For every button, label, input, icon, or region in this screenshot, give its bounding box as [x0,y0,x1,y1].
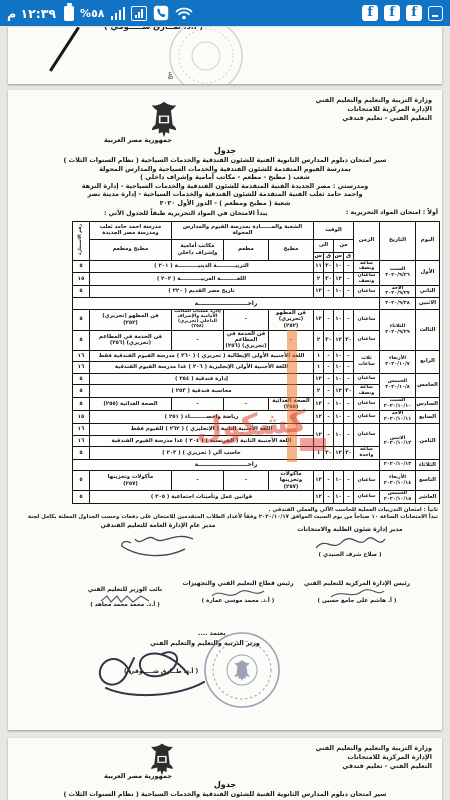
date-cell: ٢٠٢٠/٩/٢٨ [380,298,416,310]
col-day: اليوم [416,221,440,260]
subject-cell: مأكولات وتخزينها (٢٥٧) [268,471,313,491]
time-cell: ١٢ [314,471,324,491]
time-cell: ٢ [314,273,324,286]
ministry-line: التعليم الفني - تعليم فندقي [316,114,433,123]
time-cell: - [171,397,223,411]
time-cell: ١٢ [314,491,324,504]
day-cell: التاسع [416,471,440,491]
time-cell: - [344,350,354,362]
time-cell: - [324,350,334,362]
count-cell: ١٦ [72,424,89,436]
date-cell: الثلاثاء ٢٠٢٠/٩/٢٩ [380,309,416,350]
col-front-offices: مكاتب أمامية وإشراف داخلي [171,239,223,260]
signer-title: نائب الوزير للتعليم الفني [60,586,190,593]
table-row: ٥تاريخ مصر القديم ( ٢٢٠ )١٢-١٠-ساعتانالأ… [72,285,439,298]
time-cell: - [324,397,334,411]
time-cell: - [344,260,354,273]
time-cell: ١٢ [334,385,344,398]
subject-cell: قوانين عمل وتأمينات اجتماعية ( ٢٠٥ ) [89,491,313,504]
time-cell: ١٠ [334,491,344,504]
time-cell: ١١ [314,260,324,273]
ministry-header: وزارة التربية والتعليم والتعليم الفني ال… [316,96,433,123]
time-cell: - [324,285,334,298]
col-taaleb-school: مدرسة احمد حامد ثعلب ومدرسة مصر الجديدة [89,221,171,239]
approval-block: يعتمد .... وزير التربية والتعليم والتعلي… [8,628,442,714]
watermark-box [300,438,326,451]
date-cell: الأحد ٢٠٢٠/٩/٢٧ [380,285,416,298]
duration-cell: ساعة ونصف [354,385,380,398]
pen-stroke [49,27,79,71]
count-cell: ٥ [72,397,89,411]
page1-header: وزارة التربية والتعليم والتعليم الفني ال… [8,90,442,146]
table-row: راحــــــــــــــــــــــــة٢٠٢٠/١٠/١٣ال… [72,459,439,471]
subject-cell: اللغة الأجنبية الأولى الإيطالية ( تحريري… [89,350,313,362]
previous-page-fragment[interactable]: ( أ.د. طــارق شـــــوقي ) ؏ [8,27,442,84]
ministry-line: الإدارة المركزية للامتحانات [316,753,433,762]
duration-cell: ساعتان [354,285,380,298]
ministry-header: وزارة التربية والتعليم والتعليم الفني ال… [316,744,433,771]
time-cell: - [223,309,268,330]
time-cell: ١٠ [334,397,344,411]
page2-header: وزارة التربية والتعليم والتعليم الفني ال… [8,738,442,780]
time-cell: ١٠ [334,362,344,374]
day-cell: الثالث [416,309,440,350]
signer-title: مدير إدارة شئون الطلبة والامتحانات [270,526,430,533]
subject-cell: مأكولات وتخزينها (٢٥٧) [89,471,171,491]
time-cell: - [171,471,223,491]
col-kitchen-restaurant: مطبخ ومطعم [89,239,171,260]
subject-cell: فن الخدمة في المطاعم (تحريري) (٢٥٦) [89,330,171,350]
duration-cell: ساعتان [354,397,380,411]
time-cell: ١٠ [334,260,344,273]
subject-cell: الصحة الغذائية (٢٥٥) [89,397,171,411]
header-line: شعب ( مطبخ - مطعم - مكاتب أمامية وإشراف … [8,173,442,182]
battery-icon [64,6,74,21]
col-restaurant: مطعم [223,239,268,260]
count-cell: ٥ [72,491,89,504]
time-cell: ١٢ [334,330,344,350]
time-cell: ٢ [314,330,324,350]
duration-cell: ساعة واحدة [354,447,380,460]
table-row: ١٦اللغة الأجنبية الأولى الإيطالية ( تحري… [72,350,439,362]
table-row: راحــــــــــــــــــــــــة٢٠٢٠/٩/٢٨الا… [72,298,439,310]
facebook-icon: f [384,5,400,21]
time-cell: - [344,411,354,424]
official-stamp-faint [160,27,252,84]
time-cell: - [171,330,223,350]
subject-cell: حاسب آلي ( تحريري ) ( ٢٠٣ ) [89,447,313,460]
battery-percent: ٥٨% [80,7,104,20]
time-cell: - [344,309,354,330]
time-cell: ١٢ [314,411,324,424]
date-cell: الخميس ٢٠٢٠/١٠/٨ [380,373,416,397]
date-cell: ٢٠٢٠/١٠/١٣ [380,459,416,471]
header-line: ومدرستي : مصر الجديدة الفنية المتقدمة لل… [8,182,442,191]
ministry-line: التعليم الفني - تعليم فندقي [316,762,433,771]
date-cell: السبت ٢٠٢٠/١٠/١٠ [380,397,416,411]
header-cell: س [314,252,324,260]
count-cell: ١٦ [72,362,89,374]
col-duration: الزمن [354,221,380,260]
col-to: الى [314,239,334,252]
time-cell: ٣٠ [344,447,354,460]
col-form-number: رقم الاستمارة [72,221,89,260]
time-cell: ١٢ [314,397,324,411]
subject-cell: فن المطهو (تحريري) (٢٥٢) [89,309,171,330]
mobile-data-icon [131,6,147,21]
date-cell: الأربعاء ٢٠٢٠/١٠/٧ [380,350,416,373]
time-cell: - [223,471,268,491]
deputy-minister-signature: نائب الوزير للتعليم الفني ( أ.د. محمد مح… [60,586,190,608]
time-cell: ١ [314,362,324,374]
time-cell: ٣٠ [324,260,334,273]
phone-icon [153,5,169,21]
count-cell: ٥ [72,385,89,398]
date-cell: السبت ٢٠٢٠/٩/٢٦ [380,260,416,285]
subject-cell: إدارة عمليات المكاتب الأمامية والإشراف ا… [171,309,223,330]
duration-cell: ساعتان [354,471,380,491]
header-line: سير امتحان دبلوم المدارس الثانوية الفنية… [8,156,442,165]
signature-row-1: مدير إدارة شئون الطلبة والامتحانات ( صلا… [8,522,442,578]
date-cell: الأربعاء ٢٠٢٠/١٠/١٤ [380,471,416,491]
exam-table-body: ٥التربيــــــــــة الدينيـــــــــــة ( … [72,260,439,503]
count-cell: ٥ [72,309,89,330]
time-cell: ٣٠ [344,330,354,350]
clock-text: ١٢:٣٩ م [7,6,56,21]
subject-cell: التربيــــــــــة الدينيـــــــــــة ( ٢… [89,260,313,273]
time-cell: - [324,411,334,424]
subject-cell: اللغـــــــــة العربيـــــــــــة ( ٢٠٢ … [89,273,313,286]
duration-cell: ساعتان [354,330,380,350]
day-cell: العاشر [416,491,440,504]
facebook-icon: f [406,5,422,21]
count-cell: ١٦ [72,350,89,362]
time-cell: ١٠ [334,373,344,385]
time-cell: - [344,471,354,491]
time-cell: - [324,309,334,330]
section-start-note: يبدأ الامتحان في المواد التحريرية طبقاً … [104,210,268,217]
time-cell: - [344,424,354,447]
duration-cell: ساعتان [354,491,380,504]
document-page-2[interactable]: وزارة التربية والتعليم والتعليم الفني ال… [8,738,442,800]
signer-name: ( صلاح شرف الجنيدي ) [270,552,430,558]
signal-bars-icon [111,6,126,20]
facebook-icon: f [362,5,378,21]
time-cell: - [324,373,334,385]
students-affairs-signature: مدير إدارة شئون الطلبة والامتحانات ( صلا… [270,526,430,558]
day-cell: السادس [416,397,440,411]
time-cell: ١٠ [334,471,344,491]
time-cell: - [344,273,354,286]
count-cell: ١٦ [72,435,89,447]
col-from: من [334,239,354,252]
time-cell: - [324,471,334,491]
header-cell: س [334,252,344,260]
ministry-line: الإدارة المركزية للامتحانات [316,105,433,114]
time-cell: ٢ [314,385,324,398]
time-cell: - [344,491,354,504]
rest-day-cell: راحــــــــــــــــــــــــة [72,459,379,471]
table-row: ٥التربيــــــــــة الدينيـــــــــــة ( … [72,260,439,273]
hotel-edu-gm-signature: مدير عام الإدارة العامة للتعليم الفندقي [78,522,238,563]
header-cell: ق [344,252,354,260]
minister-name: ( أ.د. طــارق شـــــوقي ) [124,668,198,675]
ministry-line: وزارة التربية والتعليم والتعليم الفني [316,96,433,105]
time-cell: ٣٠ [344,385,354,398]
header-line: بمدرسة الفيوم المتقدمة للشئون الفندقية و… [8,165,442,174]
table-row: ٥إدارة فندقية ( ٢٥٤ )١٢-١٠-ساعتانالخميس … [72,373,439,385]
col-fayoum-subject: الشعبة والمــــــادة بمدرسة الفيوم والمد… [171,221,313,239]
ministry-line: وزارة التربية والتعليم والتعليم الفني [316,744,433,753]
date-cell: الخميس ٢٠٢٠/١٠/١٥ [380,491,416,504]
duration-cell: ساعتان [354,373,380,385]
rest-day-cell: راحــــــــــــــــــــــــة [72,298,379,310]
count-cell: ١٥ [72,273,89,286]
table-row: ٥قوانين عمل وتأمينات اجتماعية ( ٢٠٥ )١٢-… [72,491,439,504]
day-cell: الثلاثاء [416,459,440,471]
pen-mark: ؏ [168,69,173,79]
subject-cell: اللغة الأجنبية الأولى الإنجليزية ( ٢٠٦ )… [89,362,313,374]
duration-cell: ساعتان [354,411,380,424]
day-cell: الثامن [416,424,440,460]
count-cell: ٥ [72,260,89,273]
signature-scribble [115,529,201,563]
duration-cell: ساعة ونصف [354,260,380,273]
signer-title: مدير عام الإدارة العامة للتعليم الفندقي [78,522,238,529]
day-cell: الثاني [416,285,440,298]
subject-cell: فن المطهو (تحريري) (٢٥٢) [268,309,313,330]
duration-cell: ساعتان [354,424,380,447]
time-cell: - [324,362,334,374]
table-row: ٥فن المطهو (تحريري) (٢٥٢)إدارة عمليات ال… [72,309,439,330]
time-cell: - [344,397,354,411]
time-cell: - [344,373,354,385]
header-cell: ق [324,252,334,260]
date-cell: الأحد ٢٠٢٠/١٠/١١ [380,411,416,424]
count-cell: ١٥ [72,411,89,424]
exam-table: رقم الاستمارةمدرسة احمد حامد ثعلب ومدرسة… [72,221,440,504]
time-cell: ٣٠ [324,330,334,350]
count-cell: ٥ [72,285,89,298]
status-bar: ١٢:٣٩ م ٥٨% f f f [0,0,450,26]
header-row: رقم الاستمارةمدرسة احمد حامد ثعلب ومدرسة… [72,221,439,239]
subject-cell: تاريخ مصر القديم ( ٢٢٠ ) [89,285,313,298]
day-cell: السابع [416,411,440,424]
section-intro: أولاً : امتحان المواد التحريرية : يبدأ ا… [8,208,442,219]
subject-cell: فن الخدمة في المطاعم (تحريري) (٢٥٦) [223,330,268,350]
practical-exam-note: تبدأ الامتحانات الساعة ١٠ صباحاً من يوم … [8,514,438,522]
time-cell: ١٢ [314,285,324,298]
count-cell: ٥ [72,471,89,491]
phone-screen: ١٢:٣٩ م ٥٨% f f f ( أ.د. طــارق شـــــوق… [0,0,450,800]
signer-name: ( أ.د. محمد محمد مجاهد ) [60,602,190,608]
time-cell: - [324,491,334,504]
watermark-bar [287,330,297,462]
section-first-label: أولاً : امتحان المواد التحريرية : [346,209,438,216]
time-cell: - [324,385,334,398]
signature-row-2: رئيس الإدارة المركزية للتعليم الفني ( أ.… [8,578,442,628]
page-title: جدول [8,780,442,790]
count-cell: ٥ [72,447,89,460]
header-line: سير امتحان دبلوم المدارس الثانوية الفنية… [8,790,442,799]
time-cell: - [344,285,354,298]
exam-table-head: رقم الاستمارةمدرسة احمد حامد ثعلب ومدرسة… [72,221,439,260]
subject-cell: إدارة فندقية ( ٢٥٤ ) [89,373,313,385]
day-cell: الخامس [416,373,440,397]
time-cell: ١٢ [334,273,344,286]
time-cell: ١٠ [334,285,344,298]
time-cell: ٣٠ [324,273,334,286]
col-date: التاريخ [380,221,416,260]
time-cell: ١٢ [334,447,344,460]
count-cell: ٥ [72,373,89,385]
time-cell: ١٠ [334,411,344,424]
time-cell: ١٢ [314,373,324,385]
page-title: جدول [8,146,442,156]
day-cell: الأول [416,260,440,285]
day-cell: الرابع [416,350,440,373]
emblem-label: جمهورية مصر العربية [104,772,172,780]
header-line: واحمد حامد ثعلب الفنية المتقدمة للشئون ا… [8,190,442,199]
count-cell: ٥ [72,330,89,350]
emblem-label: جمهورية مصر العربية [104,136,172,144]
col-kitchen: مطبخ [268,239,313,260]
duration-cell: ساعتان ونصف [354,273,380,286]
time-cell: ١٢ [314,309,324,330]
header-line: شعبة ( مطبخ ومطعم ) - الدور الأول ٢٠٢٠ [8,199,442,208]
time-cell: - [344,362,354,374]
wifi-icon [175,6,193,21]
col-time: الوقت [314,221,354,239]
duration-cell: ساعتان [354,309,380,330]
time-cell: ١٠ [334,424,344,447]
day-cell: الاثنين [416,298,440,310]
official-round-stamp [196,628,288,716]
overlay-window-icon [428,6,443,21]
duration-cell: ثلاث ساعات [354,350,380,373]
subject-cell: محاسبة فندقية ( ٢٥٣ ) [89,385,313,398]
date-cell: الاثنين ٢٠٢٠/١٠/١٢ [380,424,416,460]
time-cell: ١ [314,350,324,362]
time-cell: ١٠ [334,350,344,362]
time-cell: ١٠ [334,309,344,330]
table-row: ٥مأكولات وتخزينها (٢٥٧)--مأكولات وتخزينه… [72,471,439,491]
